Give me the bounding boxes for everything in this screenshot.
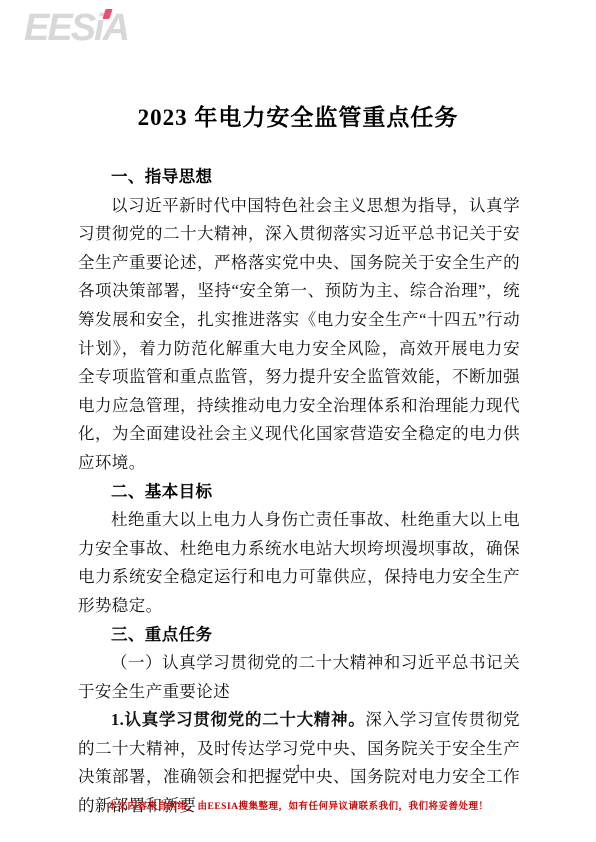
logo-text: EESiA — [24, 7, 128, 49]
eesia-logo: EESiA — [24, 8, 128, 52]
page-number: 1 — [0, 760, 596, 776]
document-body: 一、指导思想 以习近平新时代中国特色社会主义思想为指导，认真学习贯彻党的二十大精… — [78, 163, 520, 821]
section-heading-1: 一、指导思想 — [78, 163, 520, 192]
section-3-subheading: （一）认真学习贯彻党的二十大精神和习近平总书记关于安全生产重要论述 — [78, 649, 520, 706]
footer-disclaimer: 本文内容来自网络，由EESIA搜集整理，如有任何异议请联系我们，我们将妥善处理！ — [0, 801, 596, 814]
page-title: 2023 年电力安全监管重点任务 — [0, 100, 596, 136]
document-page: EESiA 2023 年电力安全监管重点任务 一、指导思想 以习近平新时代中国特… — [0, 0, 596, 842]
section-2-paragraph: 杜绝重大以上电力人身伤亡责任事故、杜绝重大以上电力安全事故、杜绝电力系统水电站大… — [78, 506, 520, 620]
section-heading-3: 三、重点任务 — [78, 621, 520, 650]
section-1-paragraph: 以习近平新时代中国特色社会主义思想为指导，认真学习贯彻党的二十大精神，深入贯彻落… — [78, 192, 520, 478]
section-heading-2: 二、基本目标 — [78, 478, 520, 507]
task-1-lead: 1.认真学习贯彻党的二十大精神。 — [111, 710, 365, 729]
